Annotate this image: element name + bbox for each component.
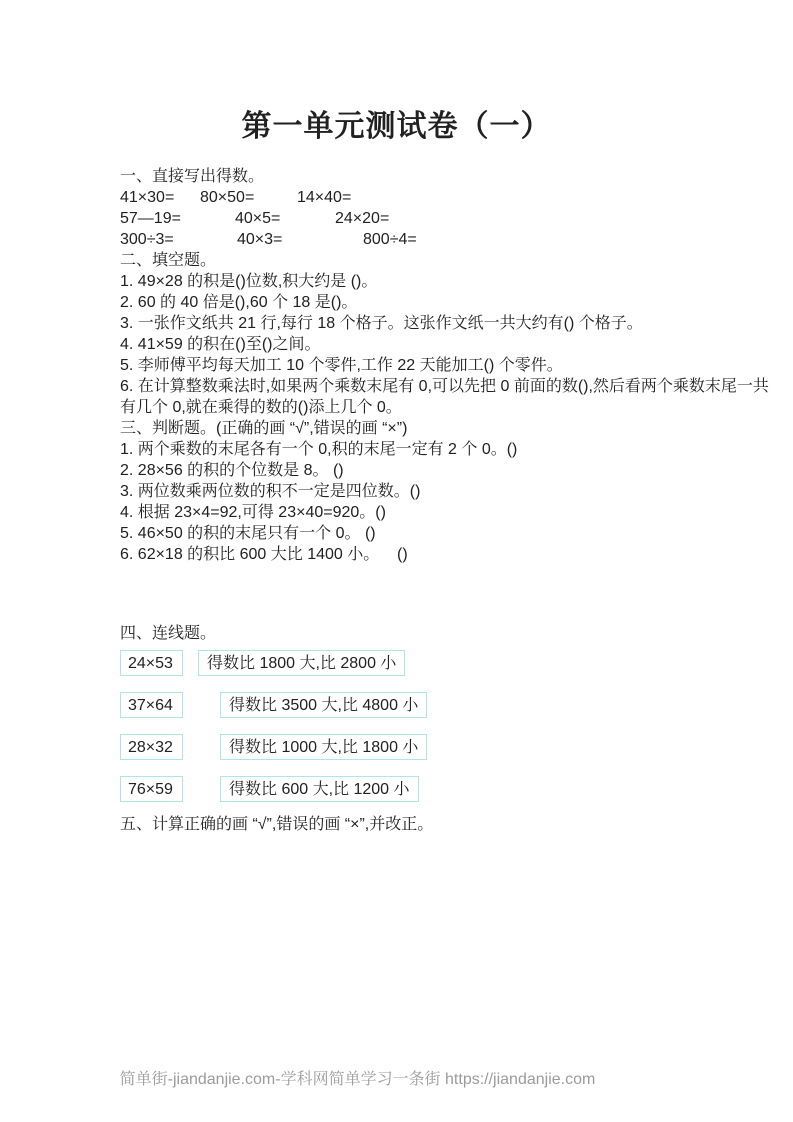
judge-item-6: 6. 62×18 的积比 600 大比 1400 小。 () [120, 544, 780, 565]
calc-problem: 800÷4= [363, 229, 417, 250]
judge-item-3: 3. 两位数乘两位数的积不一定是四位数。() [120, 481, 780, 502]
calc-row-1: 41×30=80×50=14×40= [120, 187, 780, 208]
calc-problem: 14×40= [297, 187, 351, 208]
range-box[interactable]: 得数比 1800 大,比 2800 小 [198, 650, 405, 676]
calc-problem: 80×50= [200, 187, 297, 208]
fill-blank-item-5: 5. 李师傅平均每天加工 10 个零件,工作 22 天能加工() 个零件。 [120, 355, 780, 376]
calc-problem: 57—19= [120, 208, 235, 229]
match-row-2: 37×64 得数比 3500 大,比 4800 小 [120, 692, 780, 718]
section-two-heading: 二、填空题。 [120, 250, 780, 271]
expression-box[interactable]: 24×53 [120, 650, 183, 676]
match-row-1: 24×53 得数比 1800 大,比 2800 小 [120, 650, 780, 676]
fill-blank-item-1: 1. 49×28 的积是()位数,积大约是 ()。 [120, 271, 780, 292]
range-box[interactable]: 得数比 3500 大,比 4800 小 [220, 692, 427, 718]
section-one-heading: 一、直接写出得数。 [120, 166, 780, 187]
judge-item-4: 4. 根据 23×4=92,可得 23×40=920。() [120, 502, 780, 523]
section-five-heading: 五、计算正确的画 “√”,错误的画 “×”,并改正。 [120, 814, 780, 835]
fill-blank-item-6: 6. 在计算整数乘法时,如果两个乘数末尾有 0,可以先把 0 前面的数(),然后… [120, 376, 780, 418]
page-title: 第一单元测试卷（一） [0, 101, 793, 145]
fill-blank-item-3: 3. 一张作文纸共 21 行,每行 18 个格子。这张作文纸一共大约有() 个格… [120, 313, 780, 334]
test-paper-page: 第一单元测试卷（一） 一、直接写出得数。 41×30=80×50=14×40= … [0, 0, 793, 1122]
judge-item-1: 1. 两个乘数的末尾各有一个 0,积的末尾一定有 2 个 0。() [120, 439, 780, 460]
calc-problem: 300÷3= [120, 229, 237, 250]
expression-box[interactable]: 76×59 [120, 776, 183, 802]
judge-item-5: 5. 46×50 的积的末尾只有一个 0。 () [120, 523, 780, 544]
match-row-4: 76×59 得数比 600 大,比 1200 小 [120, 776, 780, 802]
expression-box[interactable]: 28×32 [120, 734, 183, 760]
watermark-footer: 简单街-jiandanjie.com-学科网简单学习一条街 https://ji… [0, 1066, 793, 1089]
calc-problem: 41×30= [120, 187, 200, 208]
section-four-heading: 四、连线题。 [120, 623, 780, 644]
calc-problem: 40×5= [235, 208, 335, 229]
paper-content: 一、直接写出得数。 41×30=80×50=14×40= 57—19=40×5=… [120, 166, 780, 835]
match-row-3: 28×32 得数比 1000 大,比 1800 小 [120, 734, 780, 760]
fill-blank-item-2: 2. 60 的 40 倍是(),60 个 18 是()。 [120, 292, 780, 313]
calc-problem: 40×3= [237, 229, 363, 250]
expression-box[interactable]: 37×64 [120, 692, 183, 718]
calc-row-3: 300÷3=40×3=800÷4= [120, 229, 780, 250]
judge-item-2: 2. 28×56 的积的个位数是 8。 () [120, 460, 780, 481]
calc-row-2: 57—19=40×5=24×20= [120, 208, 780, 229]
range-box[interactable]: 得数比 600 大,比 1200 小 [220, 776, 419, 802]
fill-blank-item-4: 4. 41×59 的积在()至()之间。 [120, 334, 780, 355]
section-three-heading: 三、判断题。(正确的画 “√”,错误的画 “×”) [120, 418, 780, 439]
range-box[interactable]: 得数比 1000 大,比 1800 小 [220, 734, 427, 760]
calc-problem: 24×20= [335, 208, 389, 229]
